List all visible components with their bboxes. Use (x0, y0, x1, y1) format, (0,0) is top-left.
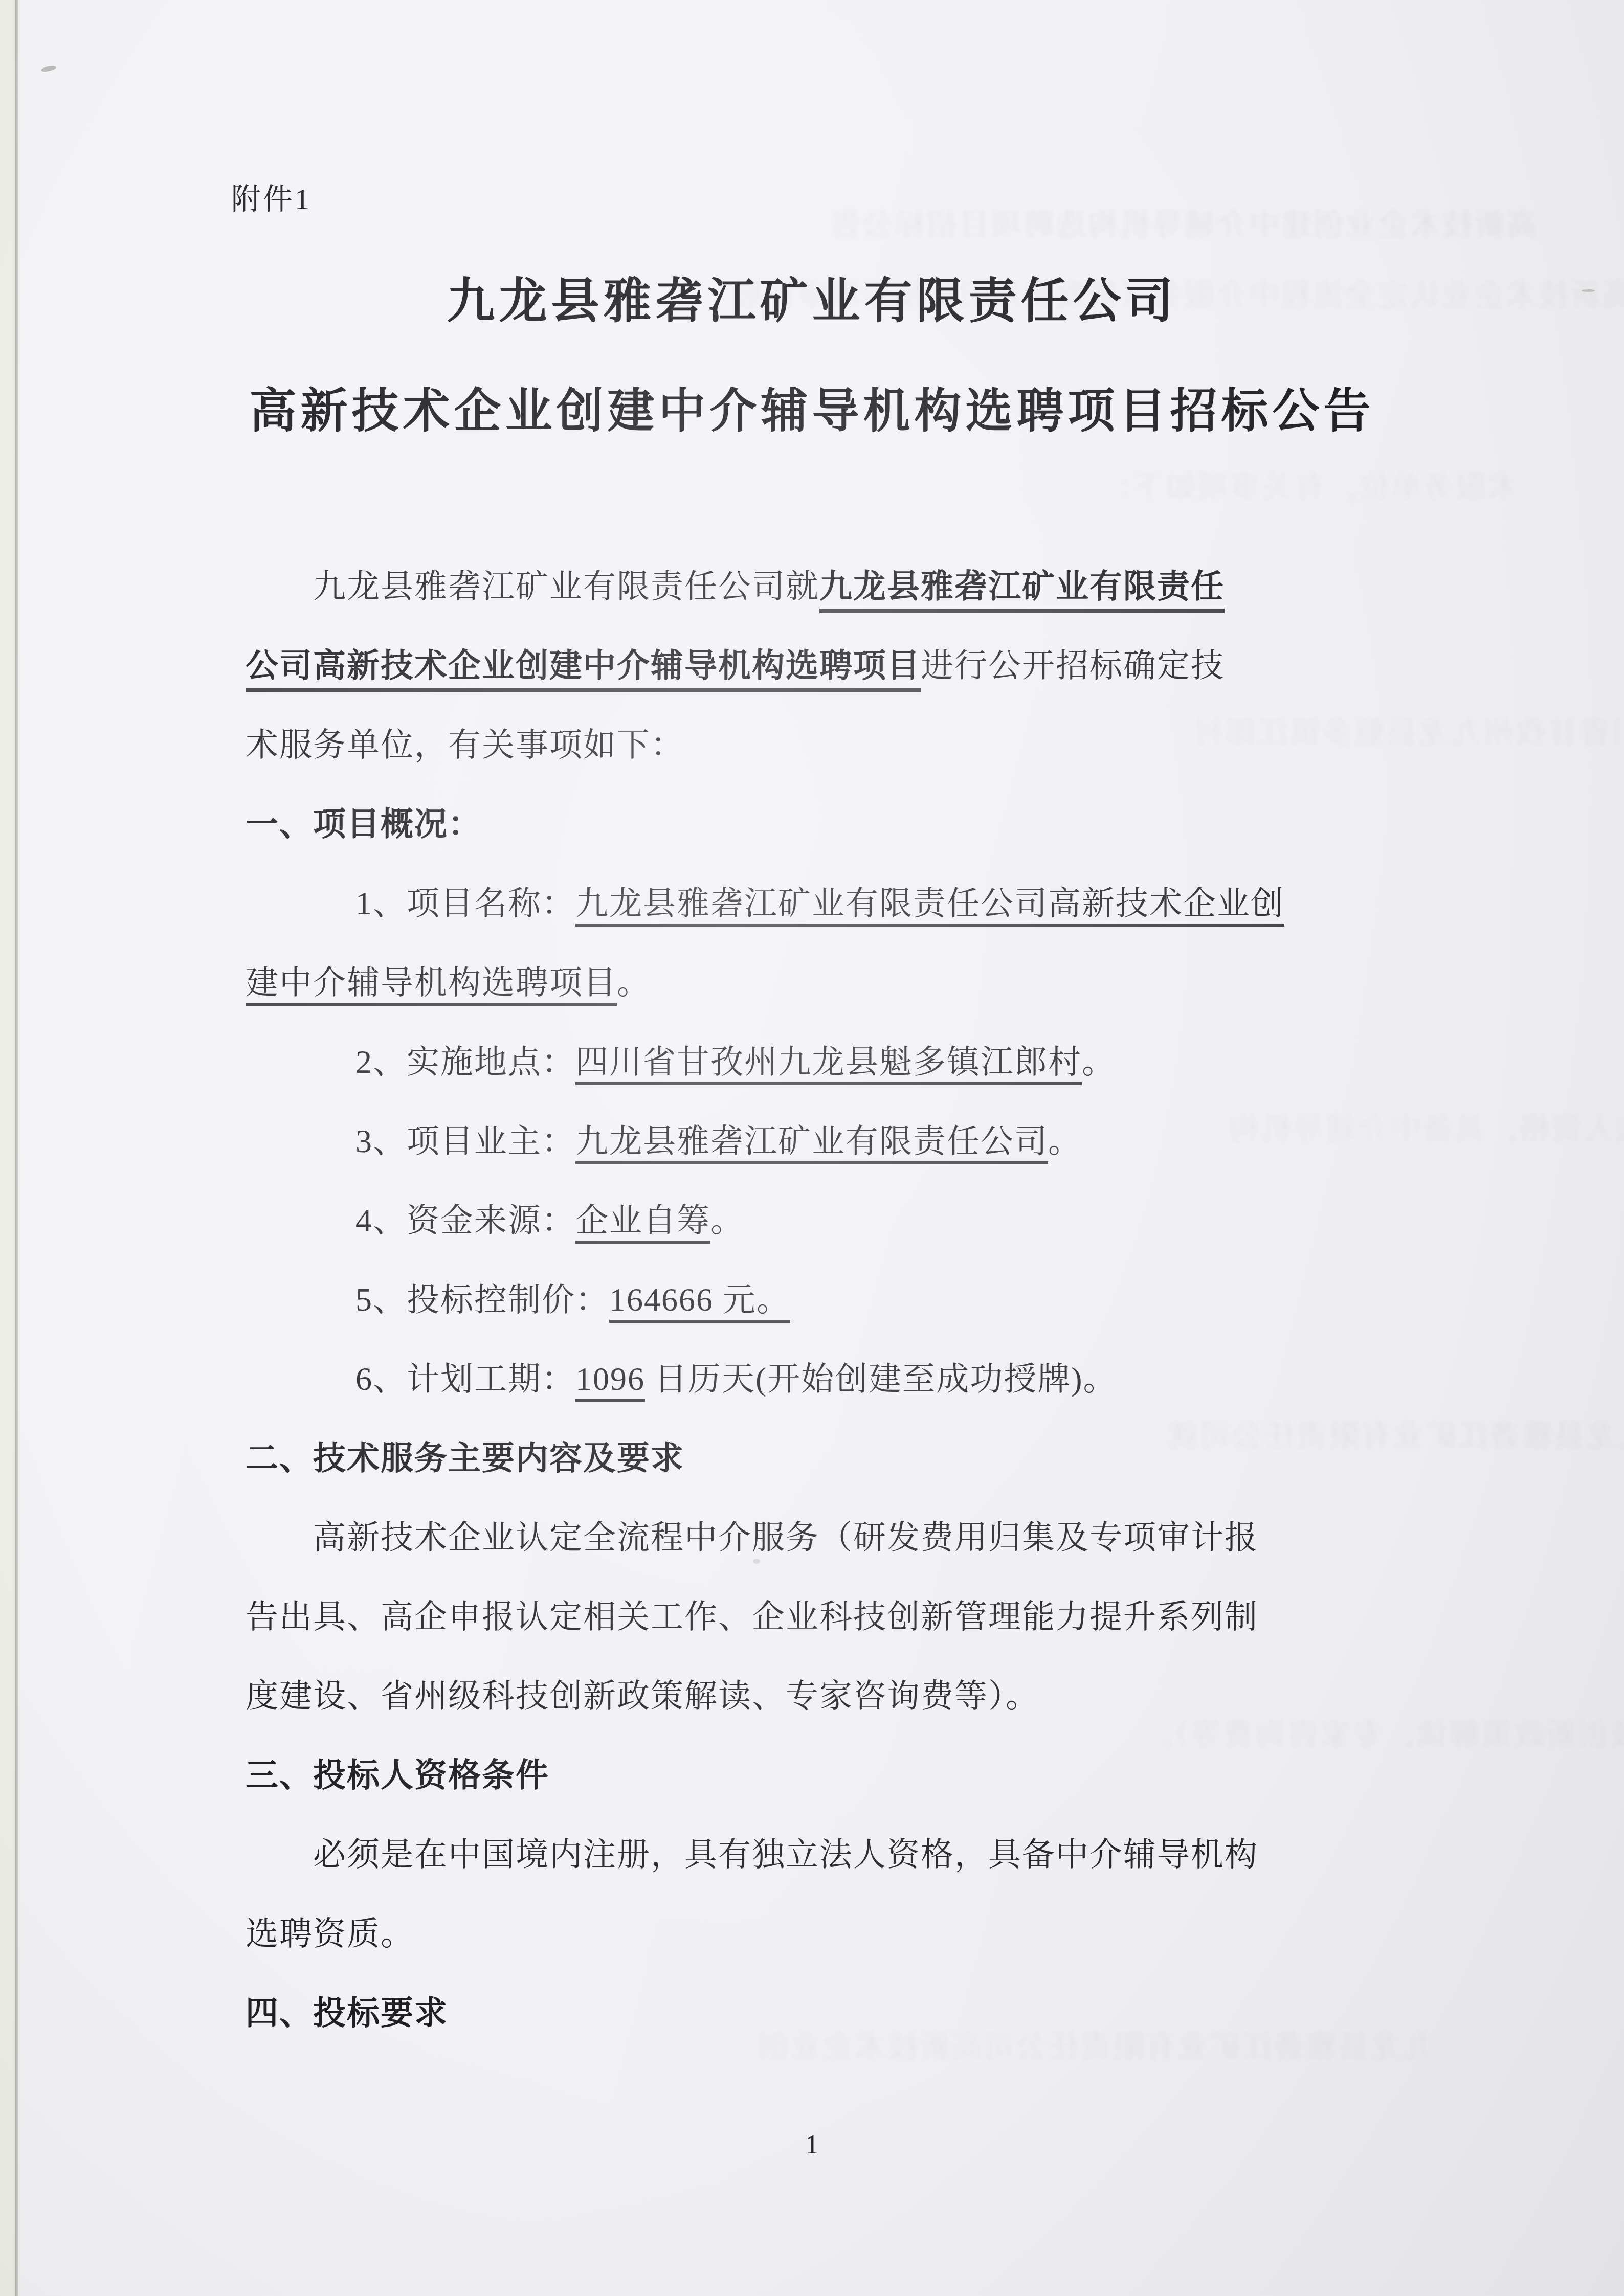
item-tail: 日历天(开始创建至成功授牌)。 (645, 1361, 1117, 1397)
item-value-underlined: 164666 元。 (609, 1281, 790, 1318)
intro-line-1: 九龙县雅砻江矿业有限责任公司就九龙县雅砻江矿业有限责任 (246, 547, 1399, 626)
item-label: 6、计划工期： (355, 1361, 575, 1397)
item-value-underlined: 1096 (575, 1361, 645, 1397)
item-label: 4、资金来源： (355, 1202, 575, 1239)
section-4-heading: 四、投标要求 (246, 1973, 1399, 2053)
item-label: 5、投标控制价： (355, 1281, 609, 1318)
item-tail: 。 (710, 1202, 744, 1239)
attachment-label: 附件1 (231, 179, 1624, 220)
page-number: 1 (0, 2122, 1624, 2168)
item-tail: 。 (1082, 1044, 1116, 1080)
item-funding: 4、资金来源：企业自筹。 (246, 1181, 1399, 1260)
item-project-name-line2: 建中介辅导机构选聘项目。 (246, 943, 1399, 1022)
intro-line-3: 术服务单位，有关事项如下： (246, 705, 1399, 784)
section-2-body-line2: 告出具、高企申报认定相关工作、企业科技创新管理能力提升系列制 (246, 1577, 1399, 1656)
item-tail: 。 (617, 964, 651, 1001)
intro-lead-text: 九龙县雅砻江矿业有限责任公司就 (313, 568, 819, 604)
item-label: 2、实施地点： (355, 1044, 575, 1080)
document-body: 九龙县雅砻江矿业有限责任公司就九龙县雅砻江矿业有限责任 公司高新技术企业创建中介… (246, 547, 1399, 2053)
intro-tail-text: 术服务单位，有关事项如下： (246, 727, 684, 763)
section-3-heading: 三、投标人资格条件 (246, 1736, 1399, 1815)
item-label: 1、项目名称： (355, 885, 575, 921)
section-1-heading: 一、项目概况： (246, 784, 1399, 864)
project-name-bold: 公司高新技术企业创建中介辅导机构选聘项目 (246, 647, 921, 684)
section-2-body-line3: 度建设、省州级科技创新政策解读、专家咨询费等）。 (246, 1656, 1399, 1736)
section-2-body-line1: 高新技术企业认定全流程中介服务（研发费用归集及专项审计报 (246, 1498, 1399, 1577)
intro-line-2: 公司高新技术企业创建中介辅导机构选聘项目进行公开招标确定技 (246, 626, 1399, 705)
section-3-body-line1: 必须是在中国境内注册，具有独立法人资格，具备中介辅导机构 (246, 1815, 1399, 1894)
item-value-underlined: 四川省甘孜州九龙县魁多镇江郎村 (575, 1044, 1082, 1080)
item-value-underlined: 企业自筹 (575, 1202, 710, 1239)
document-title-line2: 高新技术企业创建中介辅导机构选聘项目招标公告 (0, 380, 1624, 442)
intro-after-text: 进行公开招标确定技 (921, 647, 1225, 684)
document-content: 附件1 九龙县雅砻江矿业有限责任公司 高新技术企业创建中介辅导机构选聘项目招标公… (0, 0, 1624, 2053)
item-label: 3、项目业主： (355, 1123, 575, 1159)
item-value-underlined: 九龙县雅砻江矿业有限责任公司 (575, 1123, 1048, 1159)
scanned-document-page: 高新技术企业创建中介辅导机构选聘项目招标公告 高新技术企业认定全流程中介服务（研… (0, 0, 1624, 2296)
section-3-body-line2: 选聘资质。 (246, 1894, 1399, 1973)
item-value-underlined: 九龙县雅砻江矿业有限责任公司高新技术企业创 (575, 885, 1284, 921)
document-title-line1: 九龙县雅砻江矿业有限责任公司 (0, 271, 1624, 332)
project-name-bold: 九龙县雅砻江矿业有限责任 (819, 568, 1225, 604)
item-schedule: 6、计划工期：1096 日历天(开始创建至成功授牌)。 (246, 1339, 1399, 1419)
item-value-underlined: 建中介辅导机构选聘项目 (246, 964, 617, 1001)
item-control-price: 5、投标控制价：164666 元。 (246, 1260, 1399, 1339)
item-tail: 。 (1048, 1123, 1082, 1159)
item-owner: 3、项目业主：九龙县雅砻江矿业有限责任公司。 (246, 1101, 1399, 1181)
item-location: 2、实施地点：四川省甘孜州九龙县魁多镇江郎村。 (246, 1022, 1399, 1101)
item-project-name-line1: 1、项目名称：九龙县雅砻江矿业有限责任公司高新技术企业创 (246, 864, 1399, 943)
section-2-heading: 二、技术服务主要内容及要求 (246, 1419, 1399, 1498)
